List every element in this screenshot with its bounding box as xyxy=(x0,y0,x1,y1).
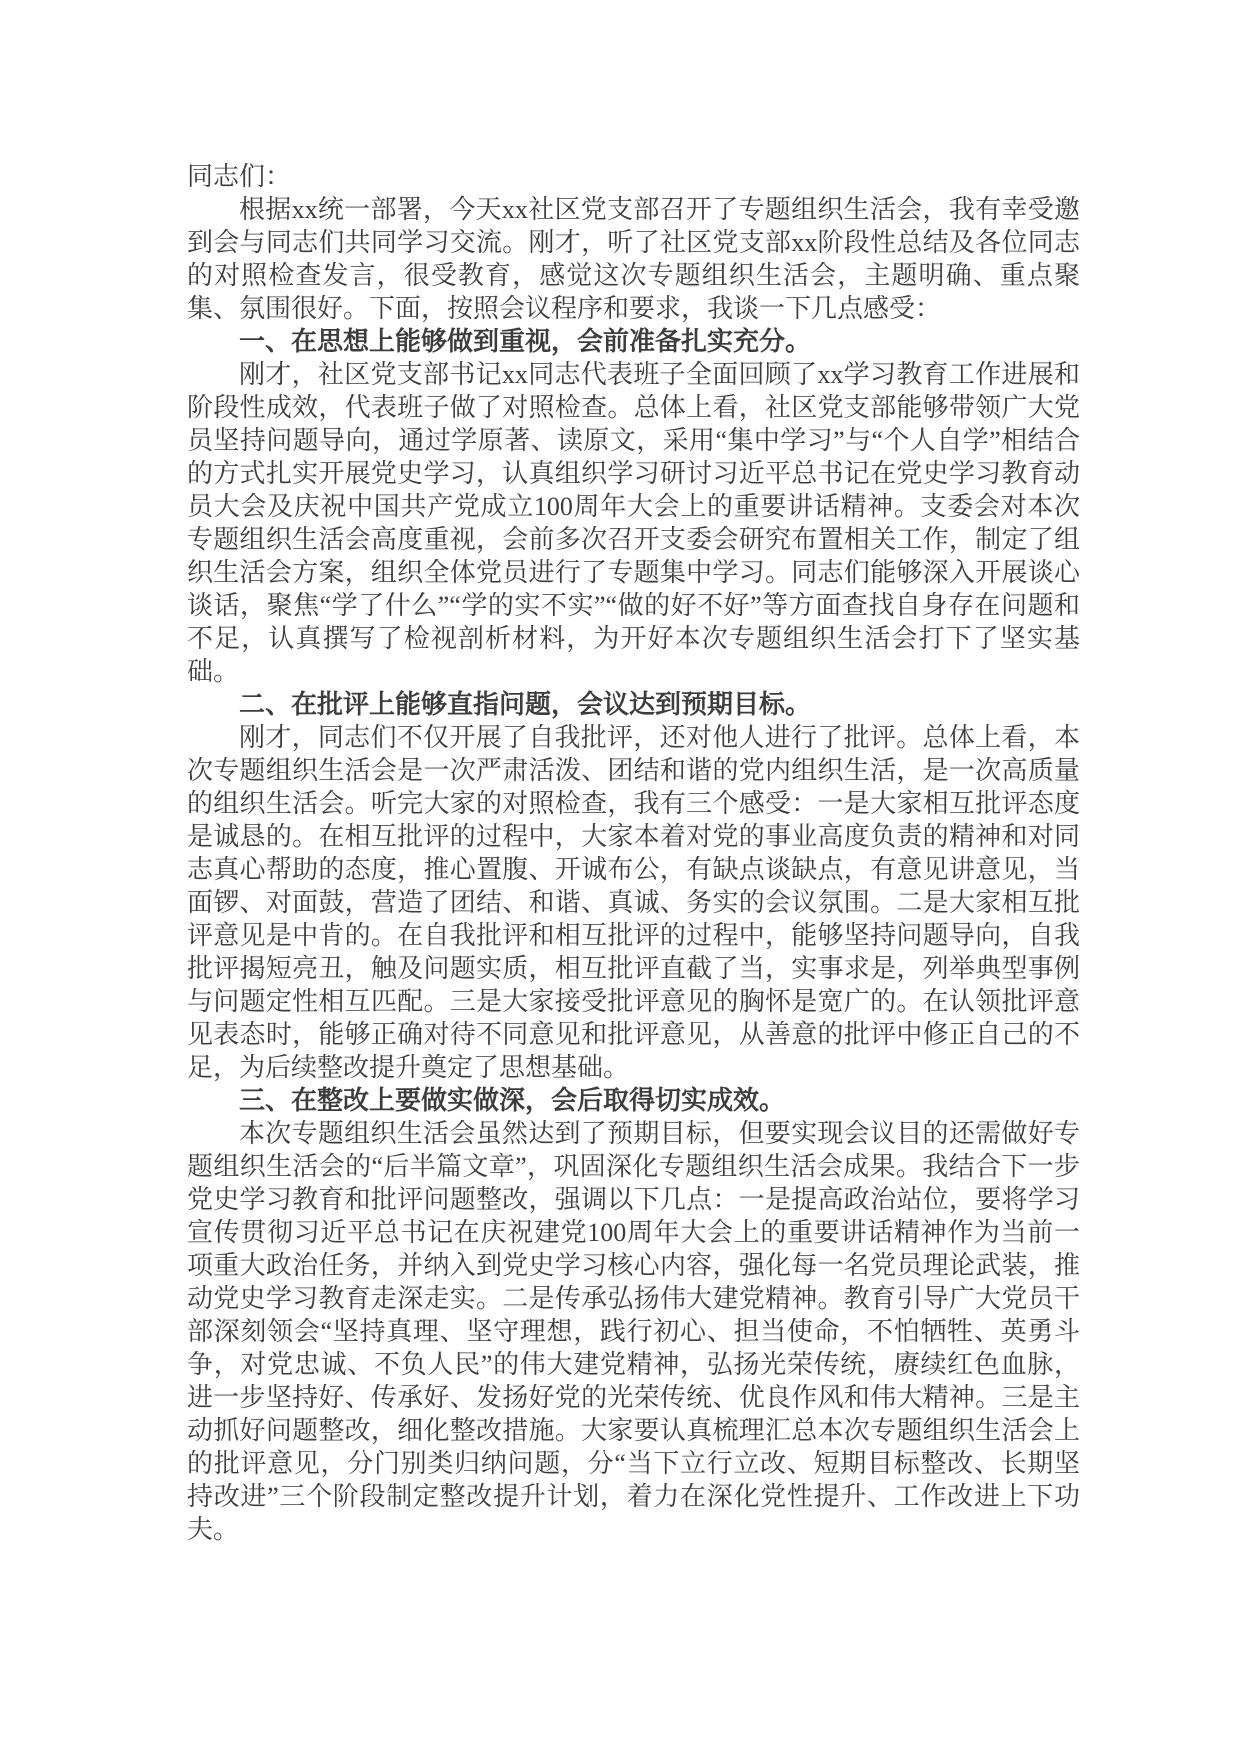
intro-paragraph: 根据xx统一部署，今天xx社区党支部召开了专题组织生活会，我有幸受邀到会与同志们… xyxy=(187,193,1080,325)
section-3-heading: 三、在整改上要做实做深，会后取得切实成效。 xyxy=(187,1084,1080,1117)
section-3-paragraph: 本次专题组织生活会虽然达到了预期目标，但要实现会议目的还需做好专题组织生活会的“… xyxy=(187,1117,1080,1546)
document-page: 同志们： 根据xx统一部署，今天xx社区党支部召开了专题组织生活会，我有幸受邀到… xyxy=(0,0,1240,1754)
document-body: 同志们： 根据xx统一部署，今天xx社区党支部召开了专题组织生活会，我有幸受邀到… xyxy=(187,160,1080,1546)
section-2-heading: 二、在批评上能够直指问题，会议达到预期目标。 xyxy=(187,688,1080,721)
section-1-paragraph: 刚才，社区党支部书记xx同志代表班子全面回顾了xx学习教育工作进展和阶段性成效，… xyxy=(187,358,1080,688)
section-2-paragraph: 刚才，同志们不仅开展了自我批评，还对他人进行了批评。总体上看，本次专题组织生活会… xyxy=(187,721,1080,1084)
salutation: 同志们： xyxy=(187,160,1080,193)
section-1-heading: 一、在思想上能够做到重视，会前准备扎实充分。 xyxy=(187,325,1080,358)
